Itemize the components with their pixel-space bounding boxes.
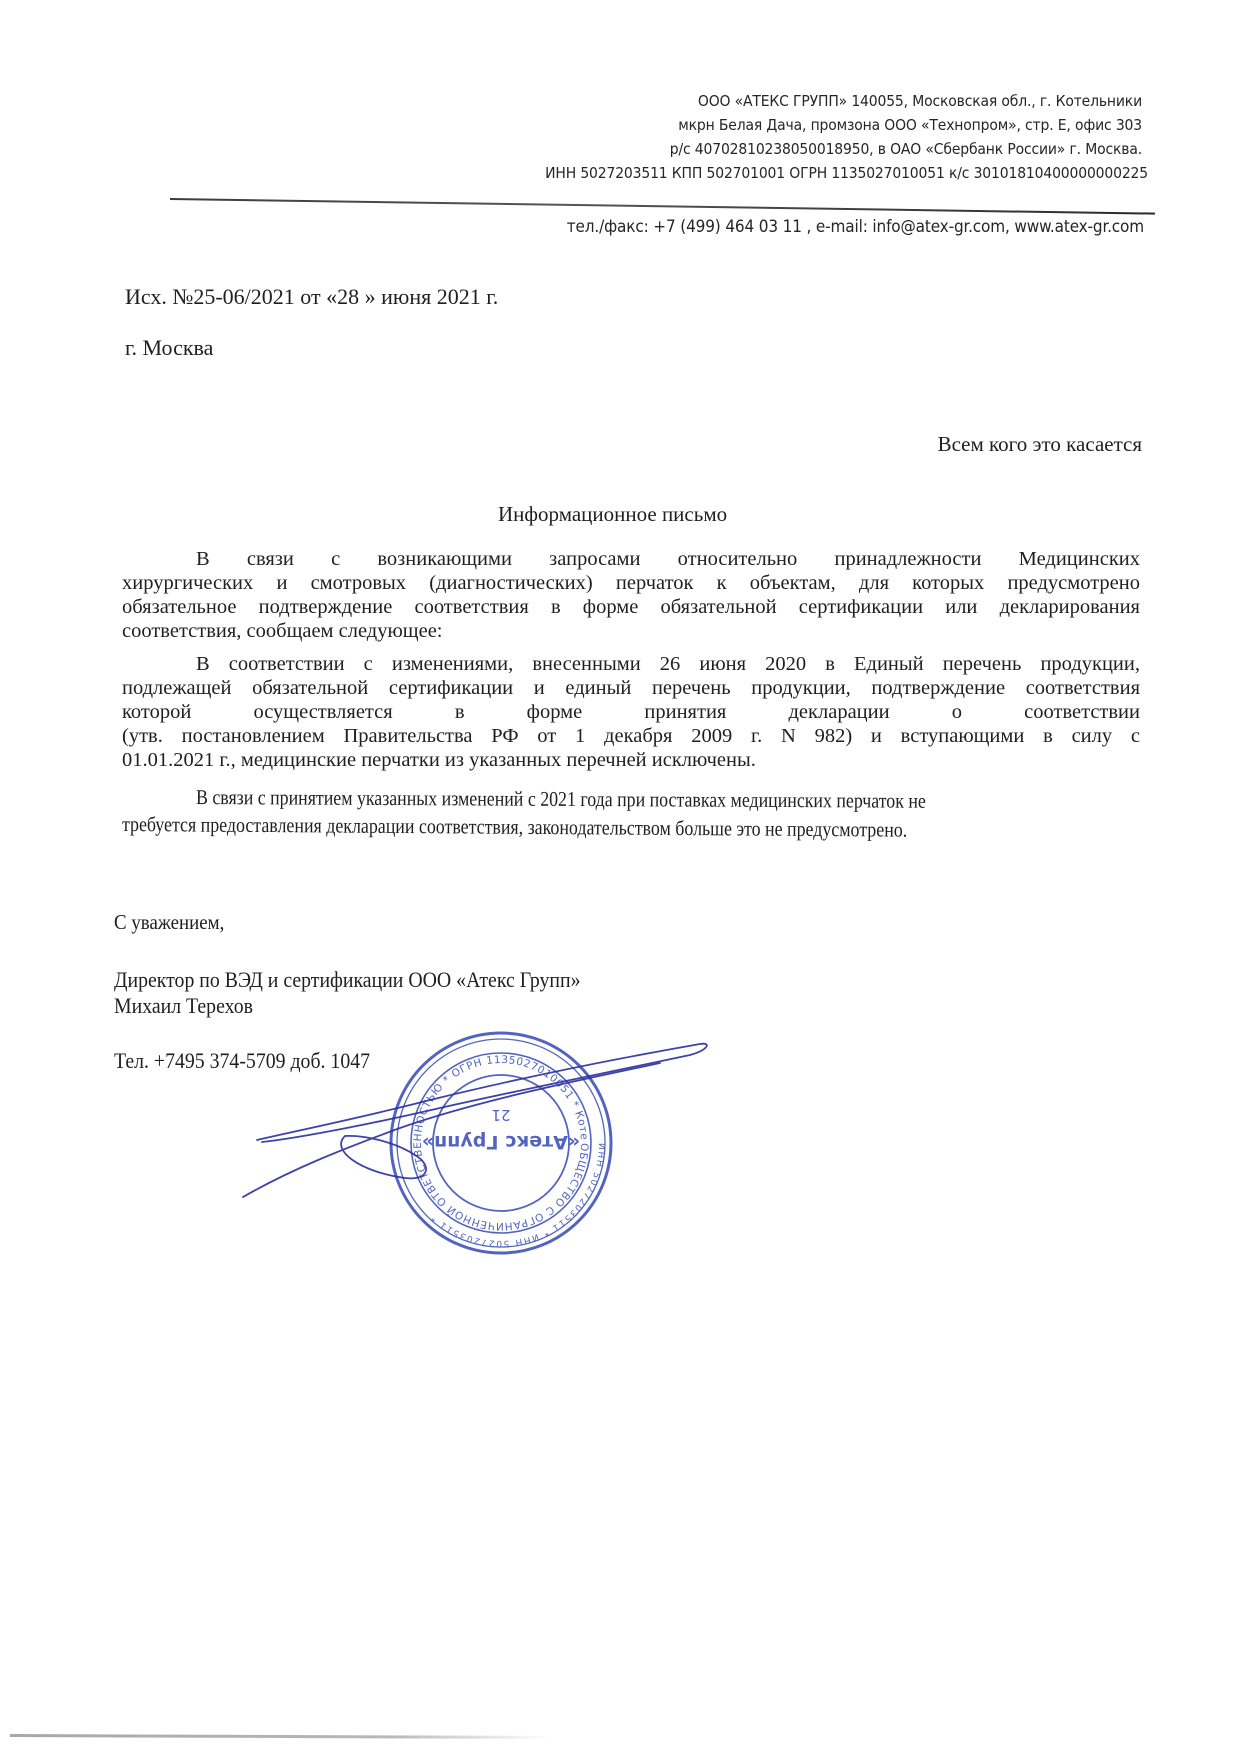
letterhead-divider [170,198,1155,215]
signatory-phone: Тел. +7495 374-5709 доб. 1047 [114,1048,370,1074]
signatory-name: Михаил Терехов [114,993,253,1019]
body-line: требуется предоставления декларации соот… [122,812,907,843]
body-line: В связи с принятием указанных изменений … [196,785,926,814]
letterhead-line-3: р/с 40702810238050018950, в ОАО «Сбербан… [670,140,1142,158]
stamp-number: 21 [491,1106,510,1124]
letterhead-line-2: мкрн Белая Дача, промзона ООО «Технопром… [678,116,1142,134]
body-line: хирургических и смотровых (диагностическ… [122,572,1140,595]
company-stamp: ИНН 5027203511 * ИНН 5027203511 * ОБЩЕСТ… [388,1030,614,1256]
scan-artifact-line [10,1734,550,1739]
body-line: В соответствии с изменениями, внесенными… [196,653,1140,676]
stamp-company-name: «Атекс Групп» [422,1131,580,1153]
body-line: которой осуществляется в форме принятия … [122,701,1140,724]
letterhead-line-4: ИНН 5027203511 КПП 502701001 ОГРН 113502… [545,164,1148,182]
letterhead-contacts: тел./факс: +7 (499) 464 03 11 , e-mail: … [567,217,1144,237]
signature [0,0,1241,1755]
letter-title: Информационное письмо [498,502,727,527]
body-line: В связи с возникающими запросами относит… [196,548,1140,571]
body-line: (утв. постановлением Правительства РФ от… [122,725,1140,748]
letter-page: ООО «АТЕКС ГРУПП» 140055, Московская обл… [0,0,1241,1755]
letterhead-line-1: ООО «АТЕКС ГРУПП» 140055, Московская обл… [698,92,1142,110]
body-line: соответствия, сообщаем следующее: [122,620,1140,643]
city: г. Москва [125,335,213,361]
addressee: Всем кого это касается [938,432,1142,457]
body-line: 01.01.2021 г., медицинские перчатки из у… [122,749,1140,772]
closing-regards: С уважением, [114,910,224,935]
signatory-position: Директор по ВЭД и сертификации ООО «Атек… [114,967,581,993]
body-line: обязательное подтверждение соответствия … [122,596,1140,619]
outgoing-reference: Исх. №25-06/2021 от «28 » июня 2021 г. [125,284,498,310]
body-line: подлежащей обязательной сертификации и е… [122,677,1140,700]
